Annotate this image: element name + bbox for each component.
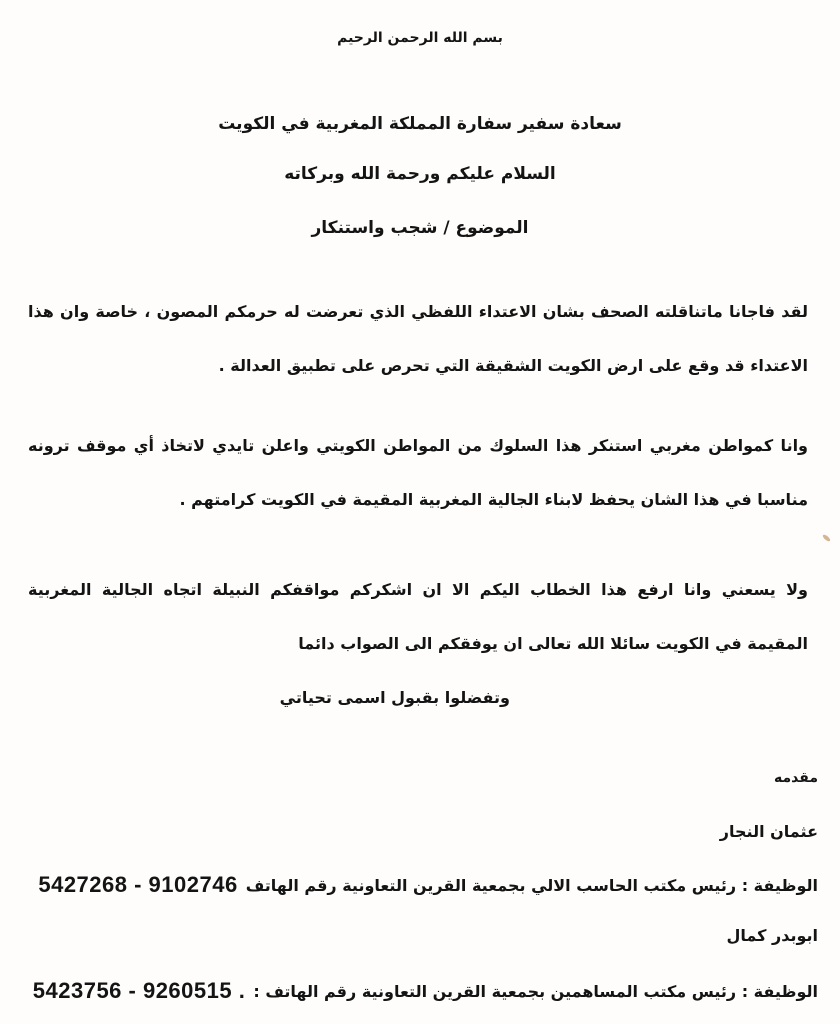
job-text: الوظيفة : رئيس مكتب الحاسب الالي بجمعية … [246, 876, 818, 895]
closing-line: وتفضلوا بقبول اسمى تحياتي [280, 688, 510, 707]
paragraph-line: ولا يسعني وانا ارفع هذا الخطاب اليكم الا… [28, 580, 808, 599]
scan-speck [822, 534, 831, 543]
paragraph-line: الاعتداء قد وقع على ارض الكويت الشقيقة ا… [219, 356, 808, 375]
greeting: السلام عليكم ورحمة الله وبركاته [0, 164, 840, 184]
basmala: بسم الله الرحمن الرحيم [0, 30, 840, 46]
signatory-name: ابوبدر كمال [727, 926, 818, 945]
phone-numbers: 5427268 - 9102746 [38, 872, 237, 898]
paragraph-line: وانا كمواطن مغربي استنكر هذا السلوك من ا… [28, 436, 808, 455]
submitted-by-label: مقدمه [774, 770, 818, 786]
phone-numbers: 5423756 - 9260515 . [33, 978, 246, 1004]
signatory-job-line: الوظيفة : رئيس مكتب الحاسب الالي بجمعية … [38, 872, 818, 898]
signatory-job-line: الوظيفة : رئيس مكتب المساهمين بجمعية الق… [33, 978, 818, 1004]
scanned-letter-page: بسم الله الرحمن الرحيم سعادة سفير سفارة … [0, 0, 840, 1024]
paragraph-line: مناسبا في هذا الشان يحفظ لابناء الجالية … [179, 490, 808, 509]
paragraph-line: المقيمة في الكويت سائلا الله تعالى ان يو… [298, 634, 808, 653]
job-text: الوظيفة : رئيس مكتب المساهمين بجمعية الق… [253, 982, 818, 1001]
subject-line: الموضوع / شجب واستنكار [0, 218, 840, 238]
paragraph-line: لقد فاجانا ماتناقلته الصحف بشان الاعتداء… [28, 302, 808, 321]
signatory-name: عثمان النجار [720, 822, 818, 841]
addressee: سعادة سفير سفارة المملكة المغربية في الك… [0, 114, 840, 134]
